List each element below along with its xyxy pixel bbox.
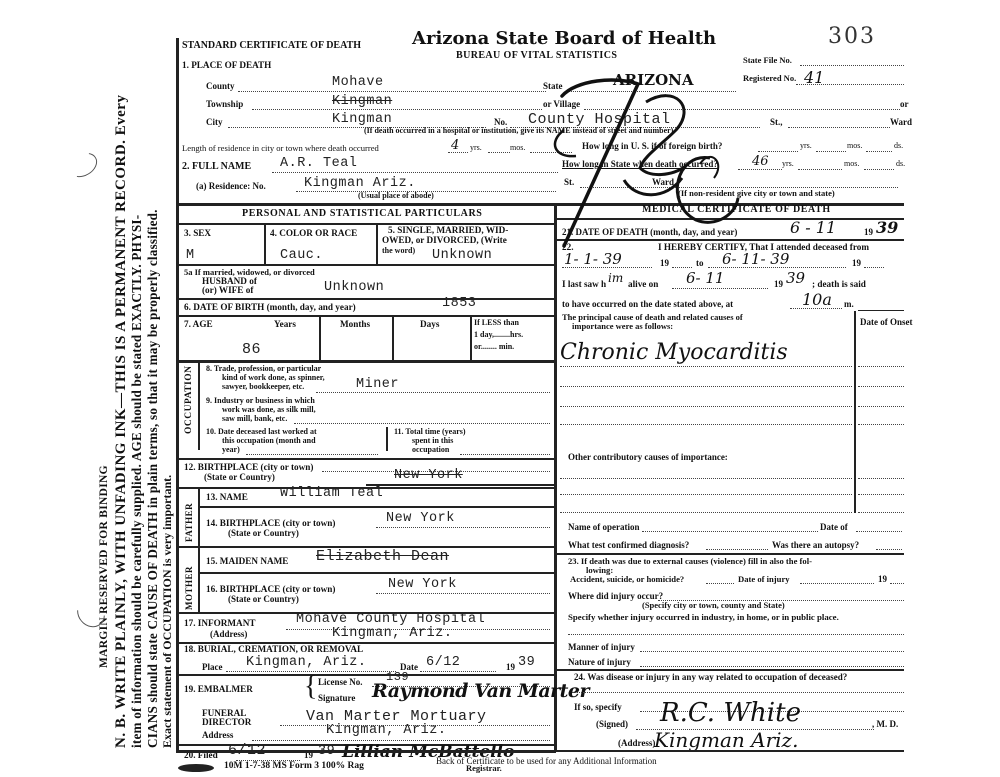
dob-value: 1853 xyxy=(442,296,476,311)
age-years-value: 86 xyxy=(242,341,261,358)
birthplace-sub: (State or Country) xyxy=(204,472,275,482)
informant-sub: (Address) xyxy=(210,629,247,639)
margin-notes: MARGIN RESERVED FOR BINDING N. B. WRITE … xyxy=(0,0,170,777)
medical-heading: MEDICAL CERTIFICATE OF DEATH xyxy=(642,204,831,215)
occ9-label-3: saw mill, bank, etc. xyxy=(222,414,287,423)
alive-year-value: 39 xyxy=(786,269,805,287)
physician-address-label: (Address) xyxy=(618,738,655,748)
father-birthplace-value: New York xyxy=(386,511,455,526)
marital-label-2: OWED, or DIVORCED, (Write xyxy=(382,235,507,245)
occ11-label-3: occupation xyxy=(412,445,449,454)
place-of-death-heading: 1. PLACE OF DEATH xyxy=(182,60,271,70)
township-value: Kingman xyxy=(332,94,392,109)
father-name-value: William Teal xyxy=(280,486,383,501)
street-label: St., xyxy=(770,117,783,127)
or-label: or xyxy=(900,99,909,109)
contributory-label: Other contributory causes of importance: xyxy=(568,452,728,462)
instruction-line-1: N. B. WRITE PLAINLY, WITH UNFADING INK—T… xyxy=(113,95,130,748)
father-birthplace-sub: (State or Country) xyxy=(228,528,299,538)
occ11-label-1: 11. Total time (years) xyxy=(394,427,466,436)
hospital-note: (If death occurred in a hospital or inst… xyxy=(364,126,673,135)
months-label: Months xyxy=(340,319,370,329)
occ11-label-2: spent in this xyxy=(412,436,453,445)
alive-on-value: 6- 11 xyxy=(686,269,724,287)
injury-date-label: Date of injury xyxy=(738,574,790,584)
nonresident-note: (If non-resident give city or town and s… xyxy=(678,188,835,198)
township-label: Township xyxy=(206,99,243,109)
county-label: County xyxy=(206,81,235,91)
union-bug-icon xyxy=(178,764,214,772)
alive-on-label: alive on xyxy=(628,279,658,289)
ward-label: Ward xyxy=(890,117,912,127)
state-value: ARIZONA xyxy=(613,71,694,89)
manner-label: Manner of injury xyxy=(568,642,635,652)
full-name-value: A.R. Teal xyxy=(280,156,357,171)
board-title: Arizona State Board of Health xyxy=(412,28,716,49)
margin-reserved-text: MARGIN RESERVED FOR BINDING xyxy=(98,465,110,668)
mother-name-label: 15. MAIDEN NAME xyxy=(206,556,288,566)
cause-label-2: importance were as follows: xyxy=(572,321,673,331)
state-file-label: State File No. xyxy=(743,55,792,65)
dob-label: 6. DATE OF BIRTH (month, day, and year) xyxy=(184,302,356,312)
state-length-label: How long in State when death occurred? xyxy=(562,159,718,169)
days-label: Days xyxy=(420,319,439,329)
form-code: 10M 1-7-38 MS Form 3 100% Rag xyxy=(224,761,364,771)
informant-value: Mohave County Hospital xyxy=(296,612,485,627)
back-note: Back of Certificate to be used for any A… xyxy=(436,756,657,766)
mother-birthplace-sub: (State or Country) xyxy=(228,594,299,604)
md-label: , M. D. xyxy=(872,719,898,729)
father-vertical-label: FATHER xyxy=(184,503,194,542)
mother-birthplace-label: 16. BIRTHPLACE (city or town) xyxy=(206,584,335,594)
embalmer-signature: Raymond Van Marter xyxy=(372,680,589,702)
marital-value: Unknown xyxy=(432,248,492,263)
informant-label: 17. INFORMANT xyxy=(184,618,255,628)
residence-ward-label: Ward xyxy=(652,177,674,187)
burial-year-value: 39 xyxy=(518,655,535,670)
dod-label: 21. DATE OF DEATH (month, day, and year) xyxy=(562,227,737,237)
stamp-number: 303 xyxy=(828,24,876,49)
occ10-label-3: year) xyxy=(222,445,240,454)
attended-to-value: 6- 11- 39 xyxy=(722,250,789,268)
less-label-2: 1 day,........hrs. xyxy=(474,330,523,339)
county-value: Mohave xyxy=(332,75,384,90)
specify-label: Specify whether injury occurred in indus… xyxy=(568,612,839,622)
burial-place-value: Kingman, Ariz. xyxy=(246,655,366,670)
dod-year-value: 39 xyxy=(876,218,898,237)
physician-address-value: Kingman Ariz. xyxy=(654,728,798,752)
father-birthplace-label: 14. BIRTHPLACE (city or town) xyxy=(206,518,335,528)
mother-vertical-label: MOTHER xyxy=(184,566,194,610)
years-label: Years xyxy=(274,319,296,329)
city-value: Kingman xyxy=(332,112,392,127)
residence-street-label: St. xyxy=(564,177,574,187)
occupation-vertical-label: OCCUPATION xyxy=(184,365,194,434)
onset-divider xyxy=(854,311,856,513)
residence-label: (a) Residence: No. xyxy=(196,181,266,191)
registered-label: Registered No. xyxy=(743,73,796,83)
burial-date-value: 6/12 xyxy=(426,655,460,670)
occ8-label-3: sawyer, bookkeeper, etc. xyxy=(222,382,304,391)
sex-label: 3. SEX xyxy=(184,228,211,238)
occurred-label: to have occurred on the date stated abov… xyxy=(562,299,733,309)
informant-address-value: Kingman, Ariz. xyxy=(332,626,452,641)
test-label: What test confirmed diagnosis? xyxy=(568,540,689,550)
mother-birthplace-value: New York xyxy=(388,577,457,592)
mother-name-value: Elizabeth Dean xyxy=(316,548,449,565)
instruction-line-4: Exact statement of OCCUPATION is very im… xyxy=(160,475,175,748)
race-label: 4. COLOR OR RACE xyxy=(270,228,357,238)
time-value: 10a xyxy=(802,290,832,309)
age-label: 7. AGE xyxy=(184,319,213,329)
spouse-label-3: (or) WIFE of xyxy=(202,285,253,295)
embalmer-label: 19. EMBALMER xyxy=(184,684,253,694)
state-length-value: 46 xyxy=(752,154,769,169)
signed-label: (Signed) xyxy=(596,719,628,729)
occ9-label-1: 9. Industry or business in which xyxy=(206,396,315,405)
operation-date-label: Date of xyxy=(820,522,848,532)
personal-heading: PERSONAL AND STATISTICAL PARTICULARS xyxy=(242,208,482,219)
dod-value: 6 - 11 xyxy=(790,218,836,237)
death-said-label: ; death is said xyxy=(812,279,866,289)
less-label-1: If LESS than xyxy=(474,318,519,327)
occ10-label-1: 10. Date deceased last worked at xyxy=(206,427,317,436)
death-certificate-form: STANDARD CERTIFICATE OF DEATH Arizona St… xyxy=(176,28,970,750)
burial-label: 18. BURIAL, CREMATION, OR REMOVAL xyxy=(184,644,363,654)
father-name-label: 13. NAME xyxy=(206,492,248,502)
cause-of-death-value: Chronic Myocarditis xyxy=(560,340,788,365)
us-length-label: How long in U. S. if of foreign birth? xyxy=(582,141,722,151)
race-value: Cauc. xyxy=(280,248,323,263)
residence-value: Kingman Ariz. xyxy=(304,176,416,191)
state-label: State xyxy=(543,81,563,91)
residence-length-label: Length of residence in city or town wher… xyxy=(182,143,379,153)
related-label: 24. Was disease or injury in any way rel… xyxy=(574,672,847,682)
funeral-address-label: Address xyxy=(202,730,233,740)
last-saw-label: I last saw h xyxy=(562,279,606,289)
instruction-line-3: CIANS should state CAUSE OF DEATH in pla… xyxy=(145,209,161,748)
signature-label: Signature xyxy=(318,693,355,703)
marital-label-1: 5. SINGLE, MARRIED, WID- xyxy=(388,225,508,235)
autopsy-label: Was there an autopsy? xyxy=(772,540,859,550)
birthplace-value: New York xyxy=(394,468,463,483)
attended-from-value: 1- 1- 39 xyxy=(564,250,622,268)
nature-label: Nature of injury xyxy=(568,657,631,667)
residence-length-value: 4 xyxy=(451,138,459,153)
spouse-value: Unknown xyxy=(324,280,384,295)
birthplace-label: 12. BIRTHPLACE (city or town) xyxy=(184,462,313,472)
sex-value: M xyxy=(186,248,195,263)
onset-label: Date of Onset xyxy=(860,317,913,327)
accident-label: Accident, suicide, or homicide? xyxy=(570,574,684,584)
physician-signature: R.C. White xyxy=(660,698,801,728)
occ10-label-2: this occupation (month and xyxy=(222,436,316,445)
occ8-label-2: kind of work done, as spinner, xyxy=(222,373,325,382)
village-label: or Village xyxy=(543,99,580,109)
last-saw-pronoun: im xyxy=(608,271,623,285)
if-so-label: If so, specify xyxy=(574,702,622,712)
occupation-value: Miner xyxy=(356,377,399,392)
instruction-line-2: item of information should be carefully … xyxy=(129,215,145,748)
attended-to-label: to xyxy=(696,258,704,268)
punch-hole-mark xyxy=(65,148,102,182)
full-name-label: 2. FULL NAME xyxy=(182,161,251,172)
bureau-subtitle: BUREAU OF VITAL STATISTICS xyxy=(456,50,617,61)
operation-label: Name of operation xyxy=(568,522,640,532)
form-title: STANDARD CERTIFICATE OF DEATH xyxy=(182,40,361,51)
where-sub: (Specify city or town, county and State) xyxy=(642,600,785,610)
license-label: License No. xyxy=(318,677,363,687)
funeral-address-value: Kingman, Ariz. xyxy=(326,723,446,738)
burial-place-label: Place xyxy=(202,662,223,672)
marital-label-3: the word) xyxy=(382,246,415,255)
less-label-3: or........ min. xyxy=(474,342,514,351)
funeral-label-2: DIRECTOR xyxy=(202,717,251,727)
occ9-label-2: work was done, as silk mill, xyxy=(222,405,316,414)
abode-note: (Usual place of abode) xyxy=(358,191,434,200)
occ8-label-1: 8. Trade, profession, or particular xyxy=(206,364,321,373)
city-label: City xyxy=(206,117,223,127)
